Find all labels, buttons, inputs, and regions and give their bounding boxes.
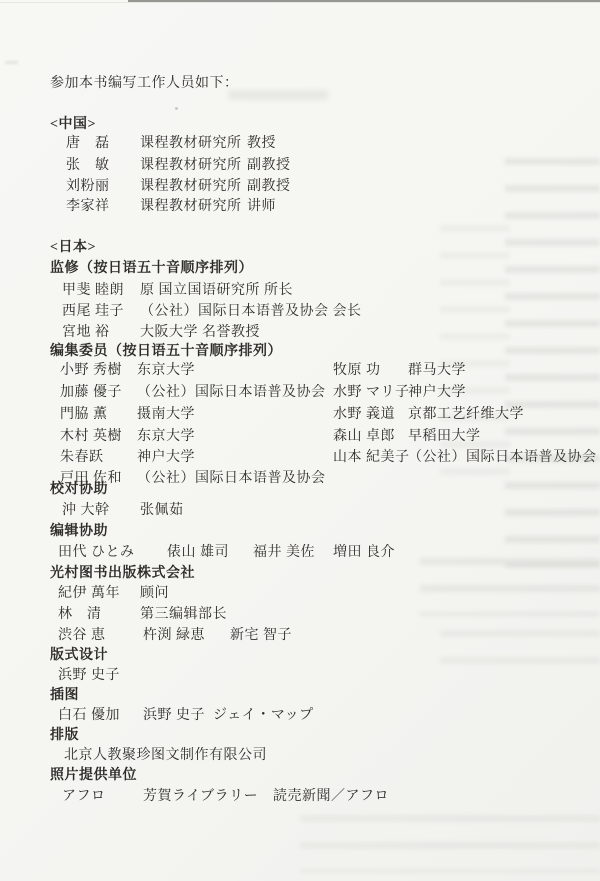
person-name: 俵山 雄司 [167, 545, 229, 561]
section-header-editing-assist: 编辑协助 [50, 524, 108, 540]
bleedthrough-artifact [505, 158, 600, 568]
person-name: 刘粉丽 [66, 179, 110, 195]
section-header-proofreading: 校对协助 [50, 482, 108, 498]
bleedthrough-artifact [300, 815, 600, 873]
company-name: 読売新聞／アフロ [273, 789, 389, 805]
company-name: アフロ [62, 789, 106, 805]
scan-speck [175, 107, 178, 110]
person-org: （公社）国际日本语普及协会 [137, 471, 326, 487]
person-name: 浜野 史子 [143, 708, 205, 724]
person-org: 课程教材研究所 [140, 136, 242, 152]
person-org: 课程教材研究所 [140, 179, 242, 195]
person-org: 课程教材研究所 [140, 199, 242, 215]
person-name: 张佩茹 [140, 503, 184, 519]
person-name: 福井 美佐 [253, 545, 315, 561]
person-name: 李家祥 [66, 199, 110, 215]
person-title: 第三编辑部长 [140, 607, 227, 623]
person-org: 神户大学 [137, 450, 195, 466]
person-name: 甲斐 睦朗 [62, 283, 124, 299]
person-org: （公社）国际日本语普及协会 会长 [140, 304, 362, 320]
person-name: 小野 秀樹 [60, 363, 122, 379]
person-name: 門脇 薫 [60, 407, 108, 423]
intro-text: 参加本书编写工作人员如下： [50, 76, 239, 92]
section-header-illustrations: 插图 [50, 688, 79, 704]
section-header-china: <中国> [50, 117, 96, 133]
person-name: 木村 英樹 [60, 429, 122, 445]
person-name: 紀伊 萬年 [58, 586, 120, 602]
person-title: 顾问 [140, 586, 169, 602]
person-name: 水野 義道 [333, 407, 395, 423]
person-org: 早稻田大学 [408, 429, 481, 445]
person-org: 课程教材研究所 [140, 158, 242, 174]
section-header-photo-providers: 照片提供单位 [50, 768, 137, 784]
person-name: 加藤 優子 [60, 385, 122, 401]
person-name: ジェイ・マップ [213, 708, 314, 724]
person-name: 林 清 [58, 607, 102, 623]
person-org: 群马大学 [408, 363, 466, 379]
person-org: 大阪大学 名誉教授 [140, 325, 260, 341]
person-name: 山本 紀美子 [333, 450, 410, 466]
person-name: 宮地 裕 [62, 325, 110, 341]
person-name: 浜野 史子 [58, 668, 120, 684]
scanned-credits-page: 参加本书编写工作人员如下： <中国> 唐 磊 课程教材研究所 教授 张 敏 课程… [0, 0, 600, 881]
bleedthrough-artifact [440, 630, 600, 674]
person-org: 东京大学 [137, 429, 195, 445]
person-name: 唐 磊 [66, 136, 110, 152]
person-name: 新宅 智子 [230, 628, 292, 644]
section-header-japan: <日本> [50, 240, 96, 256]
person-org: 京都工艺纤维大学 [408, 407, 524, 423]
person-name: 白石 優加 [58, 708, 120, 724]
person-title: 副教授 [247, 158, 291, 174]
person-name: 张 敏 [66, 158, 110, 174]
company-name: 芳賀ライブラリー [143, 789, 258, 805]
scan-speck [5, 61, 18, 64]
person-name: 増田 良介 [333, 545, 395, 561]
person-org: （公社）国际日本语普及协会 [137, 385, 326, 401]
person-title: 副教授 [247, 179, 291, 195]
bleedthrough-artifact [228, 90, 328, 100]
scan-edge-artifact [0, 2, 600, 3]
person-org: 神户大学 [408, 385, 466, 401]
person-org: 原 国立国语研究所 所长 [140, 283, 293, 299]
section-header-mitsumura: 光村图书出版株式会社 [50, 566, 195, 582]
person-title: 讲师 [247, 199, 276, 215]
person-name: 水野 マリ子 [333, 385, 410, 401]
company-name: 北京人教聚珍图文制作有限公司 [64, 748, 267, 764]
person-name: 沖 大幹 [62, 503, 110, 519]
person-name: 渋谷 恵 [58, 628, 106, 644]
person-name: 田代 ひとみ [58, 545, 135, 561]
section-header-typesetting: 排版 [50, 728, 79, 744]
person-org: 摄南大学 [137, 407, 195, 423]
person-name: 牧原 功 [333, 363, 381, 379]
person-name: 西尾 珪子 [62, 304, 124, 320]
bleedthrough-artifact [420, 558, 600, 616]
section-header-supervisors: 监修（按日语五十音顺序排列） [50, 261, 253, 277]
person-name: 朱春跃 [60, 450, 104, 466]
section-header-editorial-committee: 编集委员（按日语五十音顺序排列） [50, 344, 282, 360]
person-name: 杵渕 緑恵 [143, 628, 205, 644]
person-title: 教授 [247, 136, 276, 152]
person-name: 森山 卓郎 [333, 429, 395, 445]
person-org: （公社）国际日本语普及协会 [408, 450, 597, 466]
person-org: 东京大学 [137, 363, 195, 379]
section-header-layout-design: 版式设计 [50, 648, 108, 664]
